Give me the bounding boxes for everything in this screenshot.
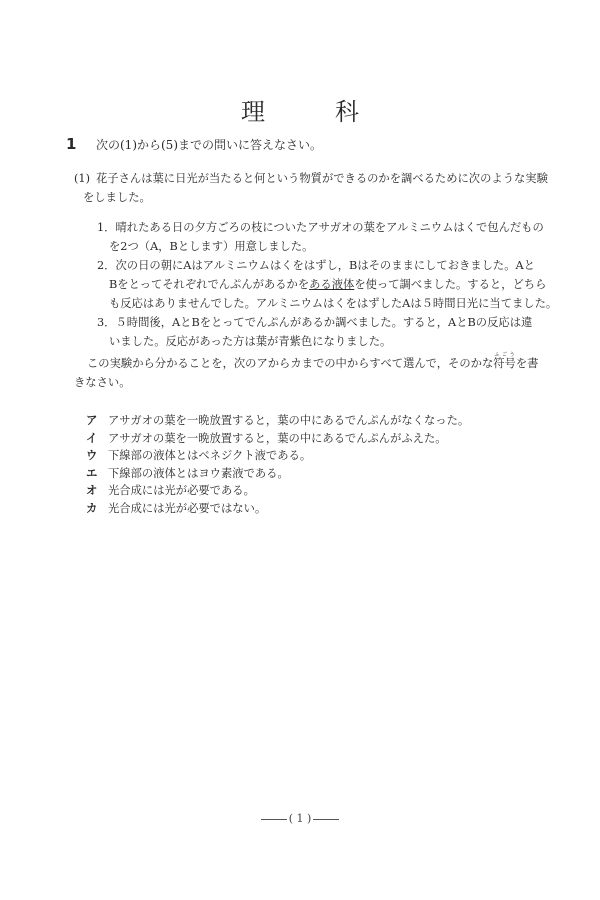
option-text: 下線部の液体とはベネジクト液である。 xyxy=(108,447,311,465)
sub-question-line-1: 花子さんは葉に日光が当たると何という物質ができるのかを調べるために次のような実験 xyxy=(96,172,548,185)
answer-options: アアサガオの葉を一晩放置すると，葉の中にあるでんぷんがなくなった。 イアサガオの… xyxy=(86,412,469,517)
step-text: 次の日の朝にAはアルミニウムはくをはずし，Bはそのままにしておきました。Aと xyxy=(116,259,535,272)
step-text: も反応はありませんでした。アルミニウムはくをはずしたAは５時間日光に当てました。 xyxy=(97,294,557,313)
title-char-2: 科 xyxy=(335,92,359,127)
step-2: 2．次の日の朝にAはアルミニウムはくをはずし，Bはそのままにしておきました。Aと… xyxy=(97,256,557,313)
option-o: オ光合成には光が必要である。 xyxy=(86,482,469,500)
instruction-text: きなさい。 xyxy=(74,373,544,392)
title-char-1: 理 xyxy=(241,92,265,127)
option-text: アサガオの葉を一晩放置すると，葉の中にあるでんぷんがなくなった。 xyxy=(108,412,469,430)
step-text: を2つ（A，Bとします）用意しました。 xyxy=(97,237,557,256)
underlined-liquid: ある液体 xyxy=(309,278,354,291)
sub-question-line-2: をしました。 xyxy=(74,188,554,207)
step-text: を使って調べました。すると，どちら xyxy=(354,278,546,291)
question-header: 1 次の(1)から(5)までの問いに答えなさい。 xyxy=(66,135,322,153)
option-text: 光合成には光が必要である。 xyxy=(108,482,255,500)
step-3: 3．５時間後，AとBをとってでんぷんがあるか調べました。すると，AとBの反応は違… xyxy=(97,313,557,351)
option-i: イアサガオの葉を一晩放置すると，葉の中にあるでんぷんがふえた。 xyxy=(86,430,469,448)
question-prompt: 次の(1)から(5)までの問いに答えなさい。 xyxy=(96,136,322,153)
footer-dash-right xyxy=(313,819,339,820)
option-e: エ下線部の液体とはヨウ素液である。 xyxy=(86,465,469,483)
page-title: 理科 xyxy=(0,92,600,127)
instruction-text: この実験から分かることを，次のアからカまでの中からすべて選んで，そのかな xyxy=(87,357,493,370)
option-key: エ xyxy=(86,465,108,483)
experiment-steps: 1．晴れたある日の夕方ごろの枝についたアサガオの葉をアルミニウムはくで包んだもの… xyxy=(97,218,557,351)
step-text: ５時間後，AとBをとってでんぷんがあるか調べました。すると，AとBの反応は違 xyxy=(116,316,533,329)
step-text: いました。反応があった方は葉が青紫色になりました。 xyxy=(97,332,557,351)
instruction-text: を書 xyxy=(516,357,539,370)
step-number: 1． xyxy=(97,221,116,234)
option-key: イ xyxy=(86,430,108,448)
option-text: 光合成には光が必要ではない。 xyxy=(108,500,266,518)
option-key: カ xyxy=(86,500,108,518)
sub-question: (1)花子さんは葉に日光が当たると何という物質ができるのかを調べるために次のよう… xyxy=(74,169,554,207)
question-number: 1 xyxy=(66,135,96,153)
page-number: ( 1 ) xyxy=(289,812,312,825)
ruby-fugou: 符号ふごう xyxy=(493,357,516,370)
step-1: 1．晴れたある日の夕方ごろの枝についたアサガオの葉をアルミニウムはくで包んだもの… xyxy=(97,218,557,256)
option-a: アアサガオの葉を一晩放置すると，葉の中にあるでんぷんがなくなった。 xyxy=(86,412,469,430)
option-ka: カ光合成には光が必要ではない。 xyxy=(86,500,469,518)
option-key: オ xyxy=(86,482,108,500)
step-number: 3． xyxy=(97,316,116,329)
step-text: Bをとってそれぞれでんぷんがあるかを xyxy=(109,278,309,291)
sub-question-number: (1) xyxy=(74,169,96,188)
option-text: 下線部の液体とはヨウ素液である。 xyxy=(108,465,289,483)
option-u: ウ下線部の液体とはベネジクト液である。 xyxy=(86,447,469,465)
option-text: アサガオの葉を一晩放置すると，葉の中にあるでんぷんがふえた。 xyxy=(108,430,447,448)
option-key: ア xyxy=(86,412,108,430)
footer-dash-left xyxy=(261,819,287,820)
page-number-footer: ( 1 ) xyxy=(0,812,600,825)
step-number: 2． xyxy=(97,259,116,272)
instruction: この実験から分かることを，次のアからカまでの中からすべて選んで，そのかな符号ふご… xyxy=(74,352,544,392)
option-key: ウ xyxy=(86,447,108,465)
step-text: 晴れたある日の夕方ごろの枝についたアサガオの葉をアルミニウムはくで包んだもの xyxy=(116,221,544,234)
